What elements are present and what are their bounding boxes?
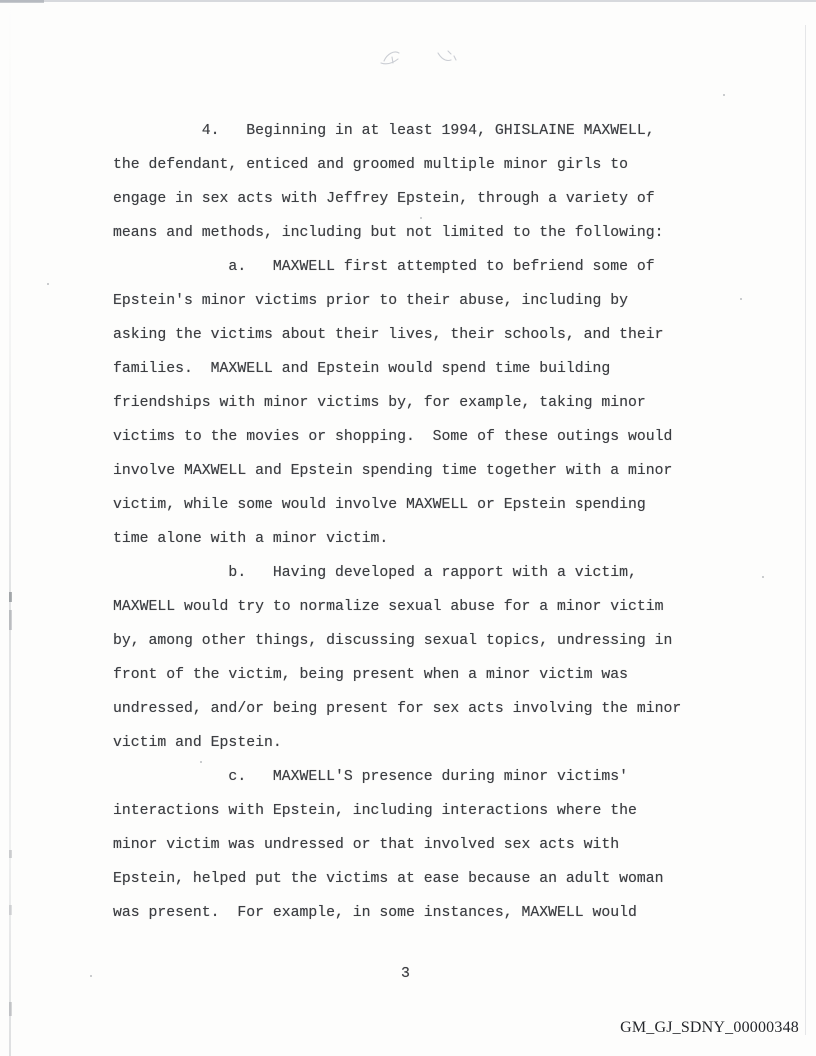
scan-edge-tick xyxy=(9,1002,12,1016)
bates-stamp: GM_GJ_SDNY_00000348 xyxy=(620,1019,799,1037)
doc-line: was present. For example, in some instan… xyxy=(113,896,713,930)
doc-line: interactions with Epstein, including int… xyxy=(113,794,713,828)
doc-line: a. MAXWELL first attempted to befriend s… xyxy=(113,250,713,284)
document-page: 4. Beginning in at least 1994, GHISLAINE… xyxy=(0,0,816,1056)
doc-line: c. MAXWELL'S presence during minor victi… xyxy=(113,760,713,794)
doc-line: by, among other things, discussing sexua… xyxy=(113,624,713,658)
scan-speck xyxy=(762,576,764,578)
doc-line: b. Having developed a rapport with a vic… xyxy=(113,556,713,590)
doc-line: friendships with minor victims by, for e… xyxy=(113,386,713,420)
scan-top-edge-dark xyxy=(0,0,44,3)
doc-line: asking the victims about their lives, th… xyxy=(113,318,713,352)
scan-right-streak xyxy=(805,25,806,1035)
scan-speck xyxy=(47,283,49,285)
doc-line: involve MAXWELL and Epstein spending tim… xyxy=(113,454,713,488)
doc-line: MAXWELL would try to normalize sexual ab… xyxy=(113,590,713,624)
scan-top-edge xyxy=(0,0,816,2)
doc-line: victims to the movies or shopping. Some … xyxy=(113,420,713,454)
scan-speck xyxy=(723,94,725,96)
doc-line: victim and Epstein. xyxy=(113,726,713,760)
scan-edge-tick xyxy=(9,905,12,915)
document-body: 4. Beginning in at least 1994, GHISLAINE… xyxy=(113,114,713,930)
doc-line: 4. Beginning in at least 1994, GHISLAINE… xyxy=(113,114,713,148)
scan-edge-tick xyxy=(9,592,12,602)
scan-left-streak xyxy=(9,0,11,1056)
doc-line: Epstein's minor victims prior to their a… xyxy=(113,284,713,318)
doc-line: families. MAXWELL and Epstein would spen… xyxy=(113,352,713,386)
doc-line: means and methods, including but not lim… xyxy=(113,216,713,250)
page-number: 3 xyxy=(401,957,410,991)
scan-speck xyxy=(740,298,742,300)
scan-edge-tick xyxy=(9,850,12,858)
doc-line: Epstein, helped put the victims at ease … xyxy=(113,862,713,896)
doc-line: engage in sex acts with Jeffrey Epstein,… xyxy=(113,182,713,216)
doc-line: the defendant, enticed and groomed multi… xyxy=(113,148,713,182)
doc-line: victim, while some would involve MAXWELL… xyxy=(113,488,713,522)
scan-speck xyxy=(90,975,92,977)
doc-line: front of the victim, being present when … xyxy=(113,658,713,692)
smudge-mark xyxy=(378,44,478,74)
doc-line: minor victim was undressed or that invol… xyxy=(113,828,713,862)
doc-line: undressed, and/or being present for sex … xyxy=(113,692,713,726)
scan-edge-tick xyxy=(9,610,12,630)
doc-line: time alone with a minor victim. xyxy=(113,522,713,556)
